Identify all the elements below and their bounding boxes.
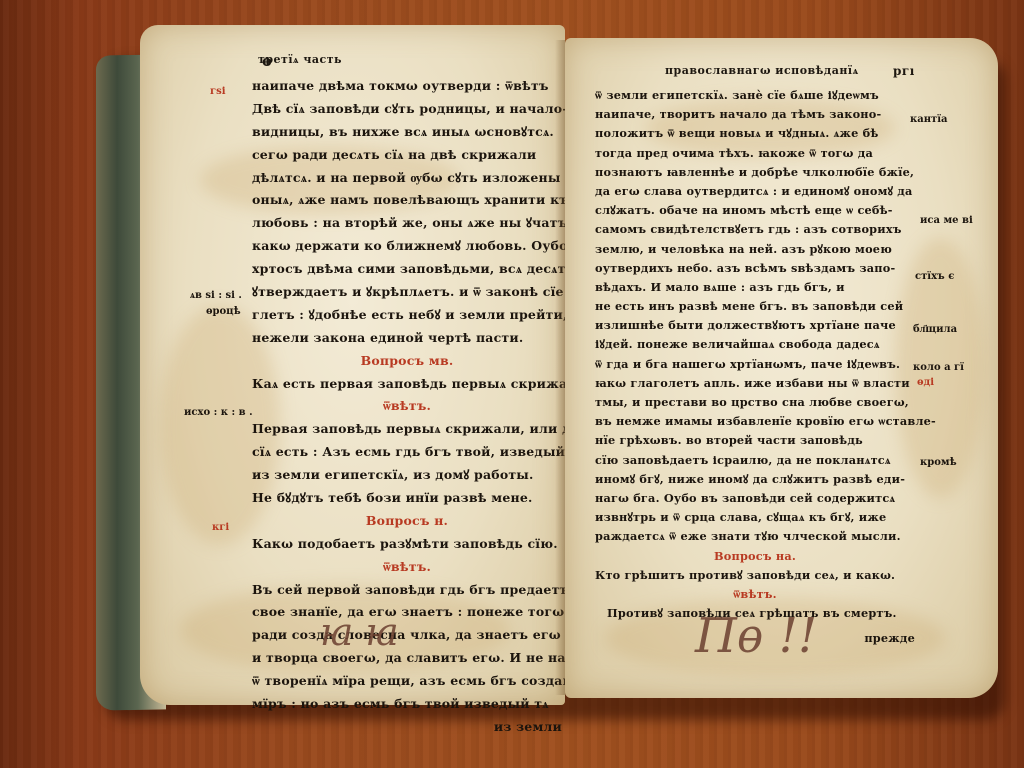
text-line: глетъ : ꙋдобнѣе есть небꙋ и земли прейти… [252, 304, 562, 327]
text-line: положитъ ѿ вещи новыѧ и чꙋдныѧ. ѧже бѣ [595, 124, 915, 143]
text-line: свое знанїе, да егω знаетъ : понеже тогω [252, 601, 562, 624]
text-line: видницы, въ нихже всѧ иныѧ ωснοвꙋтсѧ. [252, 121, 562, 144]
text-line: хртосъ двѣма сими заповѣдьми, всѧ десѧть [252, 258, 562, 281]
margin-note: иса ме ві [920, 214, 973, 228]
text-line: ѿ земли египетскїѧ. занѐ сїе бѧше іꙋдеѡм… [595, 86, 915, 105]
question-heading: Вопросъ мв. [252, 350, 562, 373]
text-line: оутвердихъ небо. азъ всѣмъ ѕвѣздамъ запо… [595, 259, 915, 278]
right-running-head: православнагω исповѣданїѧ [665, 64, 859, 77]
margin-note: ѳроцѣ [206, 305, 241, 319]
text-line: нежели закона единой чертѣ пасти. [252, 327, 562, 350]
text-line: ѿ творенїѧ мїра рещи, азъ есмь бгъ созда… [252, 670, 562, 693]
question-label: Вопросъ [361, 353, 425, 368]
margin-note: ѳді [917, 376, 934, 390]
text-line: наипаче, творитъ начало да тѣмъ законо- [595, 105, 915, 124]
margin-note: ѧв ѕі : ѕі . [190, 289, 242, 303]
handwritten-mark: ꙗ ꙗ [320, 610, 399, 654]
question-text: Какω подобаетъ разꙋмѣти заповѣдь сїю. [252, 533, 562, 556]
question-text: Кто грѣшитъ противꙋ заповѣди сеѧ, и какω… [595, 566, 915, 585]
margin-note: гѕі [210, 85, 226, 99]
text-line: ꙋтверждаетъ и ꙋкрѣплѧетъ. и ѿ законѣ сїе [252, 281, 562, 304]
text-line: сегω ради десѧть сїѧ на двѣ скрижали [252, 144, 562, 167]
text-line: из земли египетскїѧ, из домꙋ работы. [252, 464, 562, 487]
right-page: православнагω исповѣданїѧ ргı кантїа иса… [565, 38, 998, 698]
text-line: сїю заповѣдаетъ ісраилю, да не покланѧтс… [595, 451, 915, 470]
text-line: ради созда словесна члка, да знаетъ егω … [252, 624, 562, 647]
folio-mark: ѳ [262, 52, 272, 70]
text-line: вѣдахъ. И мало вѧше : азъ гдь бгъ, и [595, 278, 915, 297]
question-number: н. [434, 513, 448, 528]
text-line: извнꙋтрь и ѿ срца слава, сꙋщаѧ къ бгꙋ, и… [595, 508, 915, 527]
question-heading: Вопросъ на. [595, 547, 915, 566]
text-line: нїе грѣхωвъ. во вторей части заповѣдь [595, 431, 915, 450]
text-line: тогда пред очима тѣхъ. ꙗкоже ѿ тогω да [595, 144, 915, 163]
question-heading: Вопросъ н. [252, 510, 562, 533]
answer-heading: ѿвѣтъ. [252, 395, 562, 418]
question-number: на. [776, 549, 796, 563]
question-label: Вопросъ [714, 549, 772, 563]
margin-note: кромѣ [920, 456, 957, 470]
question-number: мв. [429, 353, 454, 368]
handwritten-mark: Пѳ !! [695, 608, 817, 664]
text-line: не есть инъ развѣ мене бгъ. въ заповѣди … [595, 297, 915, 316]
margin-note: кантїа [910, 113, 948, 127]
text-line: іꙋдей. понеже величайшаѧ свобода дадесѧ [595, 335, 915, 354]
left-text-block: наипаче двѣма токмω оутверди : ѿвѣтъ Двѣ… [252, 75, 562, 739]
margin-note: бл҃щила [913, 323, 957, 337]
text-line: нагω бга. Оубо въ заповѣди сей содержитс… [595, 489, 915, 508]
text-line: ѿ гда и бга нашегω хртїанωмъ, паче іꙋдеѡ… [595, 355, 915, 374]
text-line: самомъ свидѣтелствꙋетъ гдь : азъ сотвори… [595, 220, 915, 239]
margin-note: кгі [212, 521, 229, 535]
right-text-block: ѿ земли египетскїѧ. занѐ сїе бѧше іꙋдеѡм… [595, 86, 915, 648]
folio-number: ргı [893, 64, 915, 78]
text-line: любовь : на вторѣй же, оны ѧже ны ꙋчатъ [252, 212, 562, 235]
text-line: дѣлѧтсѧ. и на первой ѹбω сꙋть изложены [252, 167, 562, 190]
text-line: да егω слава оутвердитсѧ : и единомꙋ оно… [595, 182, 915, 201]
text-line: землю, и человѣка на ней. азъ рꙋкою моею [595, 240, 915, 259]
text-line: слꙋжатъ. обаче на иномъ мѣстѣ еще ѡ себѣ… [595, 201, 915, 220]
text-line: Не бꙋдꙋтъ тебѣ бози инїи развѣ мене. [252, 487, 562, 510]
margin-note: коло а гї [913, 361, 964, 375]
text-line: познаютъ ꙗвленнѣе и добрѣе члколюбїе бжї… [595, 163, 915, 182]
text-line: сїѧ есть : Азъ есмь гдь бгъ твой, изведы… [252, 441, 562, 464]
answer-heading: ѿвѣтъ. [252, 556, 562, 579]
text-line: Двѣ сїѧ заповѣди сꙋть родницы, и начало- [252, 98, 562, 121]
text-line: тмы, и престави во црство сна любве свое… [595, 393, 915, 412]
question-text: Каѧ есть первая заповѣдь первыѧ скрижали… [252, 373, 562, 396]
text-line: иномꙋ бгꙋ, ниже иномꙋ да слꙋжитъ развѣ е… [595, 470, 915, 489]
text-line: излишнѣе быти должествꙋютъ хртїане паче [595, 316, 915, 335]
text-line: из земли [252, 716, 562, 739]
text-line: оныѧ, ѧже намъ повелѣвающъ хранити къ бг… [252, 189, 562, 212]
text-line: ꙗкω глаголетъ апль. иже избави ны ѿ влас… [595, 374, 915, 393]
text-line: въ немже имамы избавленїе кровїю егω ѡст… [595, 412, 915, 431]
text-line: и творца своегω, да славитъ егω. И не на… [252, 647, 562, 670]
text-line: раждаетсѧ ѿ еже знати тꙋю члческой мысли… [595, 527, 915, 546]
margin-note: исхо : к : в . [184, 406, 253, 420]
text-line: Въ сей первой заповѣди гдь бгъ предаетъ … [252, 579, 562, 602]
left-page: третїѧ часть ѳ гѕі ѧв ѕі : ѕі . ѳроцѣ ис… [140, 25, 565, 705]
margin-note: стїхъ є [915, 270, 954, 284]
text-line: Первая заповѣдь первыѧ скрижали, или дес… [252, 418, 562, 441]
text-line: наипаче двѣма токмω оутверди : ѿвѣтъ [252, 75, 562, 98]
question-label: Вопросъ [366, 513, 430, 528]
text-line: мїръ : но азъ есмь бгъ твой изведый тѧ [252, 693, 562, 716]
answer-heading: ѿвѣтъ. [595, 585, 915, 604]
text-line: какω держати ко ближнемꙋ любовь. Оубо [252, 235, 562, 258]
